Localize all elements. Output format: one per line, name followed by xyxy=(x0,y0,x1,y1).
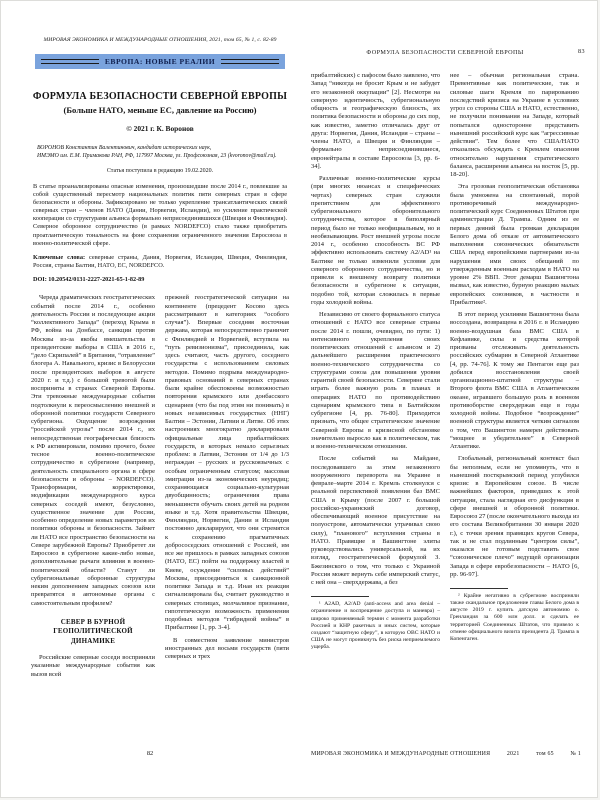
page-right: ФОРМУЛА БЕЗОПАСНОСТИ СЕВЕРНОЙ ЕВРОПЫ 83 … xyxy=(299,1,597,797)
footnote-separator xyxy=(311,596,369,597)
keywords: Ключевые слова: северные страны, Дания, … xyxy=(31,254,289,270)
abstract: В статье проанализированы опасные измене… xyxy=(31,183,289,248)
footer-year: 2021 xyxy=(507,751,520,757)
footnote-2: ² Крайне негативно в субрегионе восприня… xyxy=(450,593,579,643)
paragraph: Эта грозовая геополитическая обстановка … xyxy=(450,183,579,307)
body-columns-right-page: прибалтийских) с пафосом было заявлено, … xyxy=(311,72,579,655)
paragraph: В совместном заявление министров иностра… xyxy=(165,637,289,662)
footnote-separator xyxy=(450,588,508,589)
body-columns-left-page: Череда драматических геостратегических с… xyxy=(31,294,289,683)
journal-footer: МИРОВАЯ ЭКОНОМИКА И МЕЖДУНАРОДНЫЕ ОТНОШЕ… xyxy=(311,751,581,757)
paragraph: Глобальный, региональный контекст был бы… xyxy=(450,455,579,579)
footer-journal-name: МИРОВАЯ ЭКОНОМИКА И МЕЖДУНАРОДНЫЕ ОТНОШЕ… xyxy=(311,751,490,757)
author-line: ВОРОНОВ Константин Валентинович, кандида… xyxy=(37,145,283,153)
affiliation-line: ИМЭМО им. Е.М. Примакова РАН, РФ, 117997… xyxy=(37,153,283,161)
column-2: прежней геостратегической ситуации на ко… xyxy=(165,294,289,683)
paragraph: Независимо от своего формального статуса… xyxy=(311,311,440,451)
paragraph: После событий на Майдане, последовавшего… xyxy=(311,455,440,587)
article-title: ФОРМУЛА БЕЗОПАСНОСТИ СЕВЕРНОЙ ЕВРОПЫ xyxy=(31,91,289,102)
paragraph: Различные военно-политические курсы (при… xyxy=(311,175,440,307)
author-affiliation: ВОРОНОВ Константин Валентинович, кандида… xyxy=(31,145,289,161)
banner-rule-left xyxy=(41,59,99,64)
section-banner: ЕВРОПА: НОВЫЕ РЕАЛИИ xyxy=(35,54,285,69)
page-number-right: 83 xyxy=(578,48,585,55)
section-banner-label: ЕВРОПА: НОВЫЕ РЕАЛИИ xyxy=(105,57,215,66)
doi: DOI: 10.20542/0131-2227-2021-65-1-82-89 xyxy=(31,276,289,283)
page-number-left: 82 xyxy=(1,750,299,757)
paragraph: В этот период усилиями Вашингтона была в… xyxy=(450,311,579,451)
running-head-right: ФОРМУЛА БЕЗОПАСНОСТИ СЕВЕРНОЙ ЕВРОПЫ 83 xyxy=(311,49,579,56)
page-left: МИРОВАЯ ЭКОНОМИКА И МЕЖДУНАРОДНЫЕ ОТНОШЕ… xyxy=(1,1,299,797)
paragraph: Череда драматических геостратегических с… xyxy=(31,294,155,608)
section-heading: СЕВЕР В БУРНОЙ ГЕОПОЛИТИЧЕСКОЙ ДИНАМИКЕ xyxy=(45,618,142,646)
footnote-1: ¹ A2AD, A2/AD (anti-access and area deni… xyxy=(311,601,440,651)
banner-rule-right xyxy=(221,59,279,64)
footer-issue: № 1 xyxy=(570,751,581,757)
keywords-label: Ключевые слова: xyxy=(33,254,85,261)
running-head-title: ФОРМУЛА БЕЗОПАСНОСТИ СЕВЕРНОЙ ЕВРОПЫ xyxy=(366,49,523,56)
paragraph: нее – обычная региональная страна. Преве… xyxy=(450,72,579,179)
article-copyright-author: © 2021 г. К. Воронов xyxy=(31,124,289,133)
column-1: прибалтийских) с пафосом было заявлено, … xyxy=(311,72,440,655)
column-1: Череда драматических геостратегических с… xyxy=(31,294,155,683)
article-subtitle: (Больше НАТО, меньше ЕС, давление на Рос… xyxy=(31,105,289,115)
received-date: Статья поступила в редакцию 19.02.2020. xyxy=(31,168,289,174)
paragraph: прибалтийских) с пафосом было заявлено, … xyxy=(311,72,440,171)
paragraph: Российские северные соседи восприняли ук… xyxy=(31,654,155,679)
paragraph: прежней геостратегической ситуации на ко… xyxy=(165,294,289,632)
journal-spread: МИРОВАЯ ЭКОНОМИКА И МЕЖДУНАРОДНЫЕ ОТНОШЕ… xyxy=(0,0,598,798)
footer-volume: том 65 xyxy=(536,751,554,757)
running-head-left: МИРОВАЯ ЭКОНОМИКА И МЕЖДУНАРОДНЫЕ ОТНОШЕ… xyxy=(31,37,289,43)
column-2: нее – обычная региональная страна. Преве… xyxy=(450,72,579,655)
